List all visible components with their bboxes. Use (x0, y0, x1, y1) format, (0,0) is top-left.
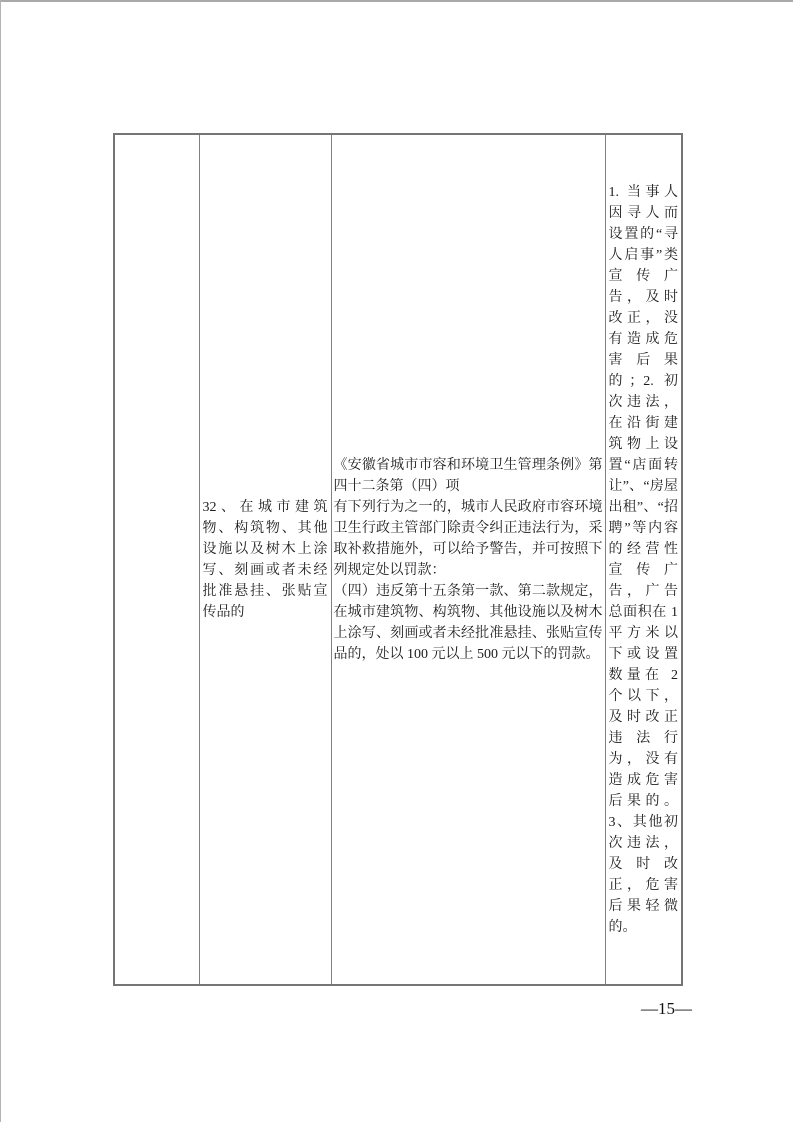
page-left-edge (0, 0, 1, 1122)
table-row: 32、在城市建筑物、构筑物、其他设施以及树木上涂写、刻画或者未经批准悬挂、张贴宣… (114, 134, 682, 985)
cell-legal-basis: 《安徽省城市市容和环境卫生管理条例》第四十二条第（四）项 有下列行为之一的，城市… (331, 134, 605, 985)
violation-text: 32、在城市建筑物、构筑物、其他设施以及树木上涂写、刻画或者未经批准悬挂、张贴宣… (203, 497, 328, 623)
cell-sequence-empty (114, 134, 199, 985)
legal-basis-provision-intro: 有下列行为之一的，城市人民政府市容环境卫生行政主管部门除责令纠正违法行为，采取补… (334, 497, 603, 581)
cell-violation-description: 32、在城市建筑物、构筑物、其他设施以及树木上涂写、刻画或者未经批准悬挂、张贴宣… (199, 134, 331, 985)
legal-basis-citation: 《安徽省城市市容和环境卫生管理条例》第四十二条第（四）项 (334, 455, 603, 497)
regulation-table: 32、在城市建筑物、构筑物、其他设施以及树木上涂写、刻画或者未经批准悬挂、张贴宣… (113, 133, 683, 986)
page-top-edge (0, 0, 793, 2)
legal-basis-provision-item: （四）违反第十五条第一款、第二款规定，在城市建筑物、构筑物、其他设施以及树木上涂… (334, 581, 603, 665)
discretion-criteria-text: 1. 当事人因寻人而设置的“寻人启事”类宣传广告，及时改正，没有造成危害后果的；… (609, 182, 679, 938)
cell-discretion-criteria: 1. 当事人因寻人而设置的“寻人启事”类宣传广告，及时改正，没有造成危害后果的；… (605, 134, 682, 985)
document-page: 32、在城市建筑物、构筑物、其他设施以及树木上涂写、刻画或者未经批准悬挂、张贴宣… (0, 0, 793, 1122)
page-number: —15— (0, 997, 692, 1021)
